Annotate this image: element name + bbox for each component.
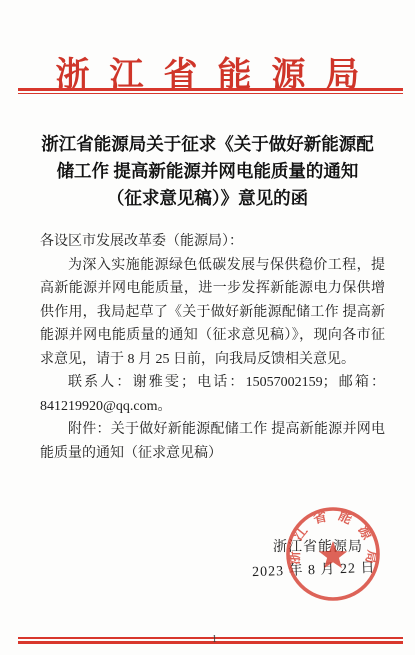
- footer-divider-thick: [18, 641, 403, 644]
- attachment-note: 附件：关于做好新能源配储工作 提高新能源并网电能质量的通知（征求意见稿）: [40, 418, 385, 465]
- body-paragraph: 为深入实施能源绿色低碳发展与保供稳价工程，提高新能源并网电能质量，进一步发挥新能…: [40, 254, 385, 372]
- contact-info: 联系人：谢雅雯；电话：15057002159；邮箱：841219920@qq.c…: [40, 371, 385, 418]
- title-line-2: 储工作 提高新能源并网电能质量的通知: [20, 158, 395, 185]
- title-line-1: 浙江省能源局关于征求《关于做好新能源配: [20, 131, 395, 158]
- document-title: 浙江省能源局关于征求《关于做好新能源配 储工作 提高新能源并网电能质量的通知 （…: [20, 131, 395, 212]
- letterhead-divider-thin: [18, 93, 403, 95]
- letterhead-divider-line: [18, 88, 403, 94]
- salutation: 各设区市发展改革委（能源局）：: [40, 230, 385, 254]
- document-body: 各设区市发展改革委（能源局）： 为深入实施能源绿色低碳发展与保供稳价工程，提高新…: [40, 230, 385, 465]
- signature-agency-name: 浙江省能源局: [273, 536, 363, 556]
- document-page: 浙江省能源局 浙江省能源局关于征求《关于做好新能源配 储工作 提高新能源并网电能…: [0, 0, 415, 655]
- letterhead-divider-thick: [18, 88, 403, 91]
- page-number: 1: [212, 634, 217, 645]
- footer-divider-line: [18, 637, 403, 644]
- title-line-3: （征求意见稿）》意见的函: [20, 185, 395, 212]
- signature-date: 2023 年 8 月 22 日: [251, 557, 375, 581]
- footer-divider-thin: [18, 637, 403, 639]
